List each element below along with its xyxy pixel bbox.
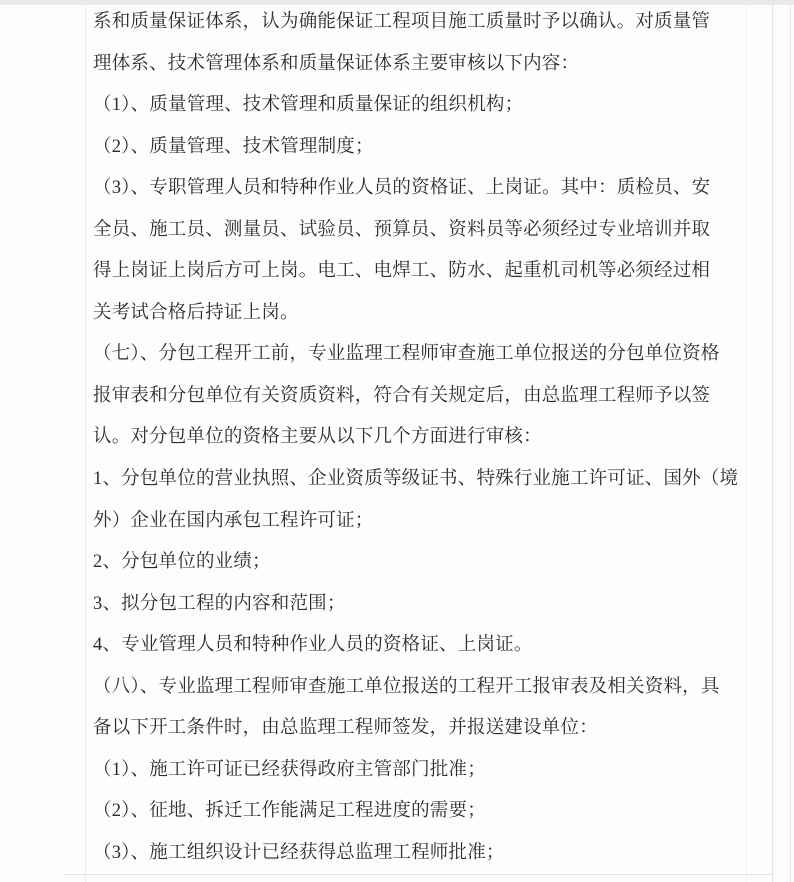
text-line: （七）、分包工程开工前，专业监理工程师审查施工单位报送的分包单位资格 bbox=[93, 334, 753, 376]
text-line: （3）、施工组织设计已经获得总监理工程师批准； bbox=[93, 833, 753, 875]
text-line: （1）、施工许可证已经获得政府主管部门批准； bbox=[93, 750, 753, 792]
document-body-text: 系和质量保证体系，认为确能保证工程项目施工质量时予以确认。对质量管理体系、技术管… bbox=[93, 2, 753, 874]
page-rule-right-edge bbox=[790, 0, 791, 882]
text-line: 2、分包单位的业绩； bbox=[93, 542, 753, 584]
text-line: （1）、质量管理、技术管理和质量保证的组织机构； bbox=[93, 85, 753, 127]
text-line: 备以下开工条件时，由总监理工程师签发，并报送建设单位： bbox=[93, 708, 753, 750]
text-line: 3、拟分包工程的内容和范围； bbox=[93, 584, 753, 626]
text-line: （八）、专业监理工程师审查施工单位报送的工程开工报审表及相关资料，具 bbox=[93, 667, 753, 709]
text-line: 4、专业管理人员和特种作业人员的资格证、上岗证。 bbox=[93, 625, 753, 667]
text-line: 外）企业在国内承包工程许可证； bbox=[93, 501, 753, 543]
text-line: 报审表和分包单位有关资质资料，符合有关规定后，由总监理工程师予以签 bbox=[93, 376, 753, 418]
text-line: 理体系、技术管理体系和质量保证体系主要审核以下内容： bbox=[93, 44, 753, 86]
text-line: 认。对分包单位的资格主要从以下几个方面进行审核： bbox=[93, 417, 753, 459]
page-rule-left bbox=[85, 0, 86, 882]
document-page: 系和质量保证体系，认为确能保证工程项目施工质量时予以确认。对质量管理体系、技术管… bbox=[0, 0, 794, 882]
text-line: （2）、征地、拆迁工作能满足工程进度的需要； bbox=[93, 791, 753, 833]
text-line: （2）、质量管理、技术管理制度； bbox=[93, 127, 753, 169]
text-line: 全员、施工员、测量员、试验员、预算员、资料员等必须经过专业培训并取 bbox=[93, 210, 753, 252]
page-rule-right bbox=[772, 0, 773, 882]
text-line: （3）、专职管理人员和特种作业人员的资格证、上岗证。其中：质检员、安 bbox=[93, 168, 753, 210]
text-line: 关考试合格后持证上岗。 bbox=[93, 293, 753, 335]
text-line: 系和质量保证体系，认为确能保证工程项目施工质量时予以确认。对质量管 bbox=[93, 2, 753, 44]
text-line: 1、分包单位的营业执照、企业资质等级证书、特殊行业施工许可证、国外（境 bbox=[93, 459, 753, 501]
text-line: 得上岗证上岗后方可上岗。电工、电焊工、防水、起重机司机等必须经过相 bbox=[93, 251, 753, 293]
